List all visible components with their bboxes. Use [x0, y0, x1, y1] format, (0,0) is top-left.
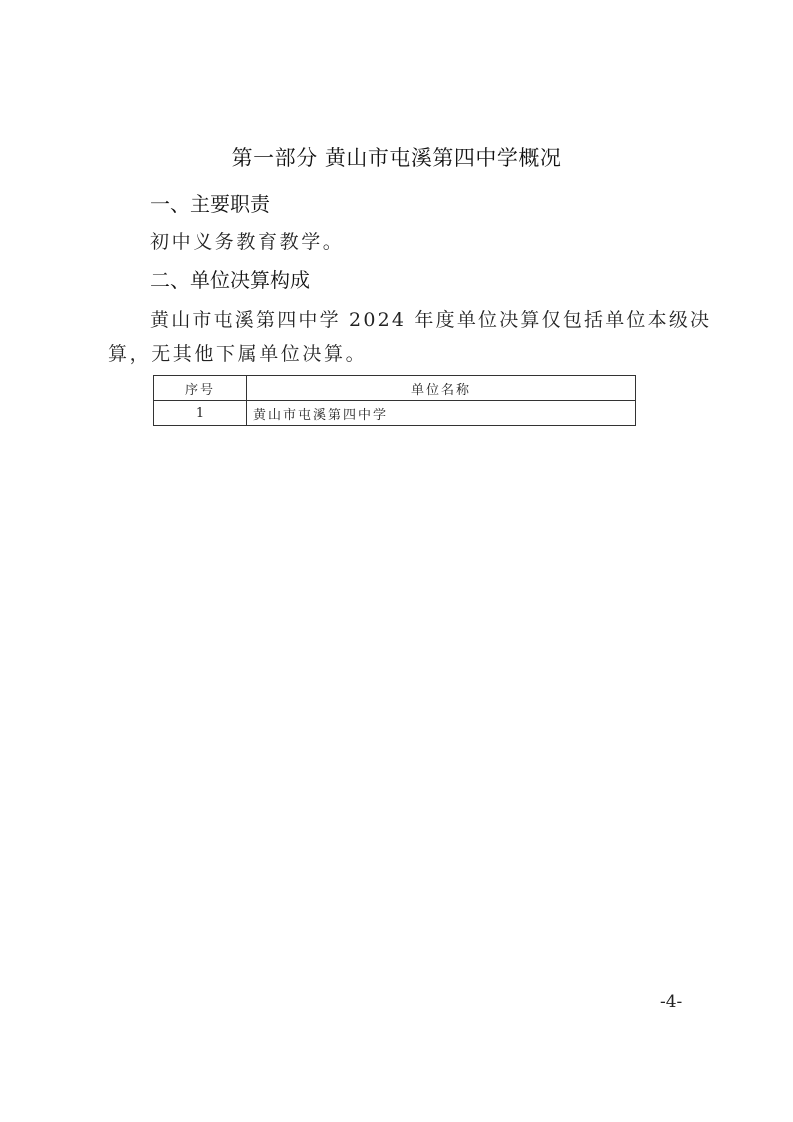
cell-serial-number: 1 [154, 401, 247, 426]
header-serial-number: 序号 [154, 376, 247, 401]
section-heading-budget-composition: 二、单位决算构成 [150, 266, 310, 294]
page-title: 第一部分 黄山市屯溪第四中学概况 [0, 143, 793, 173]
unit-table: 序号 单位名称 1 黄山市屯溪第四中学 [153, 375, 636, 426]
budget-composition-paragraph-line2: 算，无其他下属单位决算。 [108, 340, 367, 368]
budget-composition-paragraph-line1: 黄山市屯溪第四中学 2024 年度单位决算仅包括单位本级决 [150, 306, 711, 334]
section-heading-responsibilities: 一、主要职责 [150, 190, 270, 218]
responsibilities-paragraph: 初中义务教育教学。 [150, 228, 344, 256]
table-row: 1 黄山市屯溪第四中学 [154, 401, 636, 426]
cell-unit-name: 黄山市屯溪第四中学 [247, 401, 636, 426]
page-number: -4- [660, 992, 682, 1012]
header-unit-name: 单位名称 [247, 376, 636, 401]
table-header-row: 序号 单位名称 [154, 376, 636, 401]
